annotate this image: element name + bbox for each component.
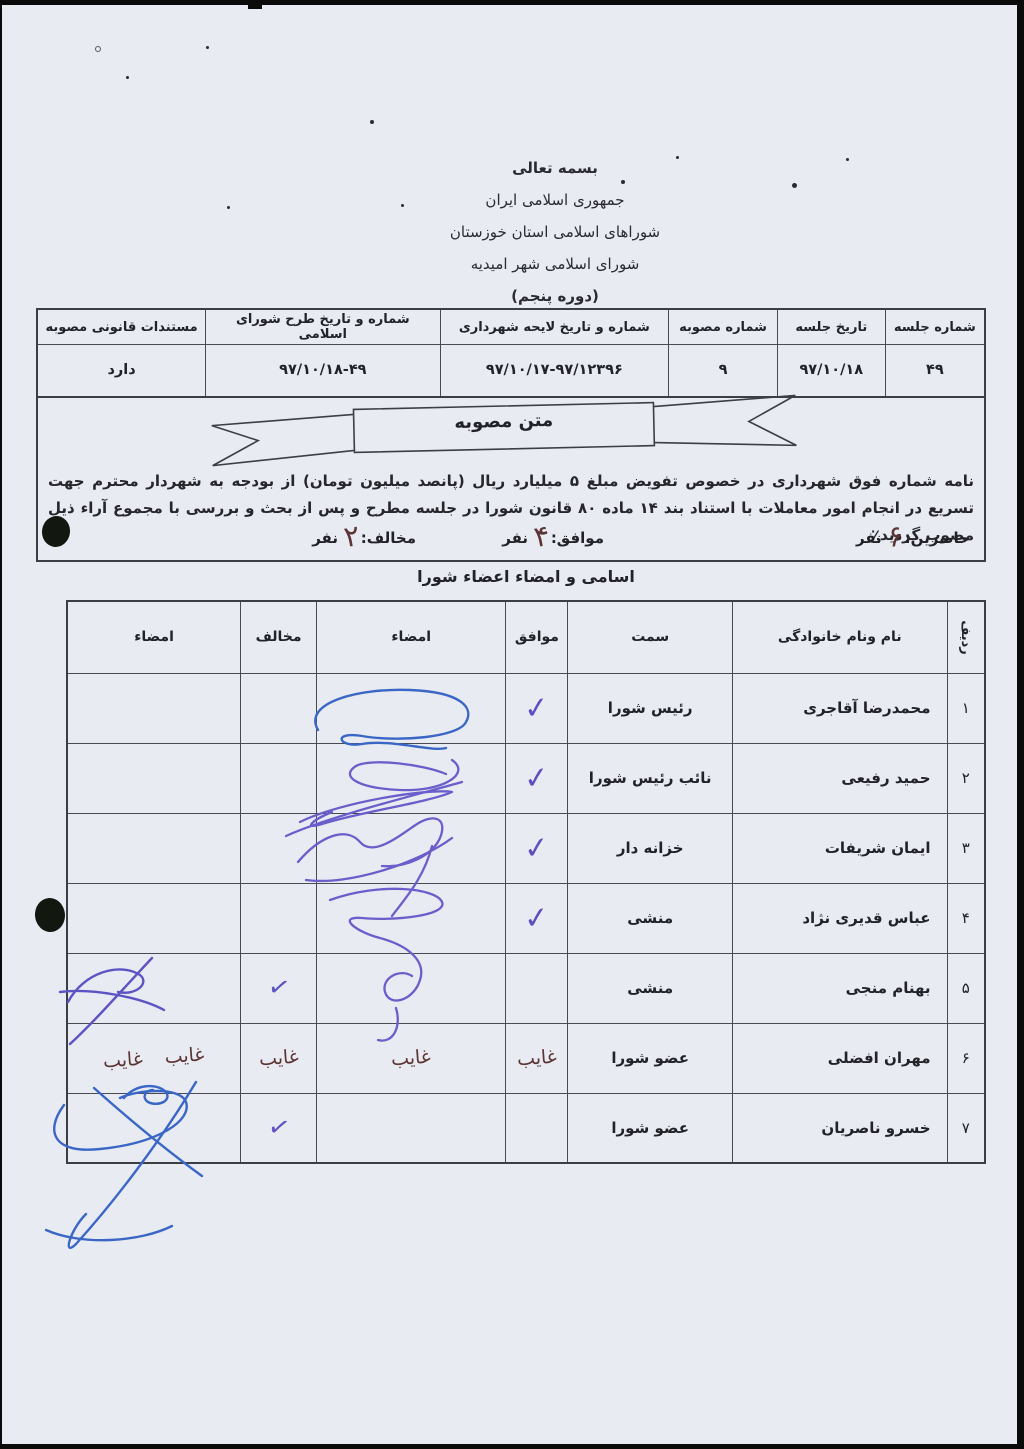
row-number: ۳	[947, 813, 985, 883]
member-position: نائب رئیس شورا	[568, 743, 733, 813]
absent-note: غایب	[516, 1046, 557, 1071]
signature2-cell	[67, 743, 241, 813]
agree-cell	[506, 1093, 568, 1163]
resolution-box: متن مصوبه نامه شماره فوق شهرداری در خصوص…	[36, 394, 986, 562]
province-councils-line: شوراهای اسلامی استان خوزستان	[320, 216, 790, 248]
oppose-cell	[241, 673, 317, 743]
members-table: ردیف نام ونام خانوادگی سمت موافق امضاء م…	[66, 600, 986, 1164]
check-mark: ✓	[265, 971, 293, 1005]
scan-edge-notch	[248, 0, 262, 9]
member-name: حمید رفیعی	[732, 743, 947, 813]
member-position: عضو شورا	[568, 1023, 733, 1093]
signature2-cell	[67, 813, 241, 883]
signature2-header: امضاء	[67, 601, 241, 673]
check-mark: ✓	[523, 829, 552, 866]
municipality-bill-header: شماره و تاریخ لایحه شهرداری	[440, 309, 669, 345]
agree-label: موافق:	[551, 529, 604, 547]
resolution-number-header: شماره مصوبه	[669, 309, 778, 345]
resolution-number-value: ۹	[669, 345, 778, 397]
member-row: ۲ حمید رفیعی نائب رئیس شورا ✓	[67, 743, 985, 813]
signature2-cell	[67, 953, 241, 1023]
person-unit: نفر	[312, 529, 338, 547]
member-name: مهران افضلی	[732, 1023, 947, 1093]
member-name: ایمان شریفات	[732, 813, 947, 883]
row-number: ۷	[947, 1093, 985, 1163]
country-line: جمهوری اسلامی ایران	[320, 184, 790, 216]
scan-speck	[621, 180, 625, 184]
scan-edge-left	[0, 0, 2, 1449]
member-row: ۵ بهنام منجی منشی ✓	[67, 953, 985, 1023]
members-table-title: اسامی و امضاء اعضاء شورا	[66, 567, 986, 586]
scan-edge-bottom	[0, 1444, 1024, 1449]
member-position: عضو شورا	[568, 1093, 733, 1163]
scanned-council-resolution-page: { "colors":{ "paper":"#e9ebf2","border":…	[0, 0, 1024, 1449]
oppose-cell: ✓	[241, 953, 317, 1023]
resolution-info-table: شماره جلسه تاریخ جلسه شماره مصوبه شماره …	[36, 308, 986, 398]
oppose-cell: ✓	[241, 1093, 317, 1163]
signature-cell	[316, 743, 505, 813]
member-row: ۱ محمدرضا آقاجری رئیس شورا ✓	[67, 673, 985, 743]
present-label: حاضرین:	[905, 529, 970, 547]
row-number: ۱	[947, 673, 985, 743]
oppose-cell	[241, 813, 317, 883]
name-header: نام ونام خانوادگی	[732, 601, 947, 673]
member-row: ۶ مهران افضلی عضو شورا غایب غایب غایب غا…	[67, 1023, 985, 1093]
city-council-line: شورای اسلامی شهر امیدیه	[320, 248, 790, 280]
scan-speck	[792, 183, 797, 188]
oppose-count: مخالف:۲ نفر	[312, 528, 416, 547]
scan-speck	[95, 46, 101, 52]
attendance-line: حاضرین:۶ نفر موافق:۴ نفر مخالف:۲ نفر	[38, 522, 984, 560]
member-position: رئیس شورا	[568, 673, 733, 743]
member-row: ۷ خسرو ناصریان عضو شورا ✓	[67, 1093, 985, 1163]
resolution-banner: متن مصوبه	[203, 394, 804, 468]
session-date-header: تاریخ جلسه	[777, 309, 885, 345]
row-number-label: ردیف	[958, 620, 973, 655]
invocation-line: بسمه تعالی	[320, 152, 790, 184]
absent-note: غایب	[258, 1046, 299, 1071]
signature2-cell	[67, 1093, 241, 1163]
scan-speck	[227, 206, 230, 209]
agree-cell: ✓	[506, 743, 568, 813]
position-header: سمت	[568, 601, 733, 673]
oppose-cell: غایب	[241, 1023, 317, 1093]
scan-speck	[676, 156, 679, 159]
council-plan-value: ۹۷/۱۰/۱۸-۴۹	[206, 345, 440, 397]
row-number: ۲	[947, 743, 985, 813]
scan-speck	[846, 158, 849, 161]
row-number: ۵	[947, 953, 985, 1023]
oppose-label: مخالف:	[361, 529, 416, 547]
punch-hole-icon	[33, 897, 66, 934]
agree-cell: ✓	[506, 883, 568, 953]
oppose-header: مخالف	[241, 601, 317, 673]
session-number-value: ۴۹	[885, 345, 985, 397]
signature-cell	[316, 883, 505, 953]
signature-cell	[316, 953, 505, 1023]
person-unit: نفر	[502, 529, 528, 547]
absent-note: غایب غایب	[103, 1043, 206, 1072]
member-name: بهنام منجی	[732, 953, 947, 1023]
present-count: حاضرین:۶ نفر	[856, 528, 970, 547]
row-number: ۴	[947, 883, 985, 953]
agree-header: موافق	[506, 601, 568, 673]
scan-speck	[206, 46, 209, 49]
scan-edge-right	[1017, 0, 1024, 1449]
check-mark: ✓	[265, 1111, 293, 1145]
agree-value-handwritten: ۴	[534, 530, 551, 542]
signature-cell	[316, 673, 505, 743]
legal-docs-value: دارد	[37, 345, 206, 397]
member-row: ۴ عباس قدیری نژاد منشی ✓	[67, 883, 985, 953]
legal-docs-header: مستندات قانونی مصوبه	[37, 309, 206, 345]
member-name: محمدرضا آقاجری	[732, 673, 947, 743]
agree-cell	[506, 953, 568, 1023]
signature2-cell	[67, 673, 241, 743]
members-header-row: ردیف نام ونام خانوادگی سمت موافق امضاء م…	[67, 601, 985, 673]
person-unit: نفر	[856, 529, 882, 547]
letterhead: بسمه تعالی جمهوری اسلامی ایران شوراهای ا…	[320, 152, 790, 312]
agree-cell: ✓	[506, 813, 568, 883]
signature2-cell	[67, 883, 241, 953]
member-row: ۳ ایمان شریفات خزانه دار ✓	[67, 813, 985, 883]
member-name: عباس قدیری نژاد	[732, 883, 947, 953]
member-position: منشی	[568, 953, 733, 1023]
signature-cell: غایب	[316, 1023, 505, 1093]
agree-cell: غایب	[506, 1023, 568, 1093]
check-mark: ✓	[523, 899, 552, 936]
session-number-header: شماره جلسه	[885, 309, 985, 345]
signature2-cell: غایب غایب	[67, 1023, 241, 1093]
signature-cell	[316, 813, 505, 883]
scan-speck	[126, 76, 129, 79]
oppose-cell	[241, 883, 317, 953]
oppose-value-handwritten: ۲	[344, 530, 361, 542]
absent-note: غایب	[391, 1046, 432, 1071]
scan-speck	[401, 204, 404, 207]
check-mark: ✓	[523, 689, 552, 726]
scan-speck	[370, 120, 374, 124]
info-value-row: ۴۹ ۹۷/۱۰/۱۸ ۹ ۹۷/۱۰/۱۷-۹۷/۱۲۳۹۶ ۹۷/۱۰/۱۸…	[37, 345, 985, 397]
scan-edge-top	[0, 0, 1024, 5]
oppose-cell	[241, 743, 317, 813]
member-position: خزانه دار	[568, 813, 733, 883]
check-mark: ✓	[523, 759, 552, 796]
member-position: منشی	[568, 883, 733, 953]
agree-count: موافق:۴ نفر	[502, 528, 604, 547]
municipality-bill-value: ۹۷/۱۰/۱۷-۹۷/۱۲۳۹۶	[440, 345, 669, 397]
info-header-row: شماره جلسه تاریخ جلسه شماره مصوبه شماره …	[37, 309, 985, 345]
row-number-header: ردیف	[947, 601, 985, 673]
council-plan-header: شماره و تاریخ طرح شورای اسلامی	[206, 309, 440, 345]
signature-cell	[316, 1093, 505, 1163]
session-date-value: ۹۷/۱۰/۱۸	[777, 345, 885, 397]
row-number: ۶	[947, 1023, 985, 1093]
signature-header: امضاء	[316, 601, 505, 673]
agree-cell: ✓	[506, 673, 568, 743]
member-name: خسرو ناصریان	[732, 1093, 947, 1163]
present-value-handwritten: ۶	[887, 530, 904, 542]
